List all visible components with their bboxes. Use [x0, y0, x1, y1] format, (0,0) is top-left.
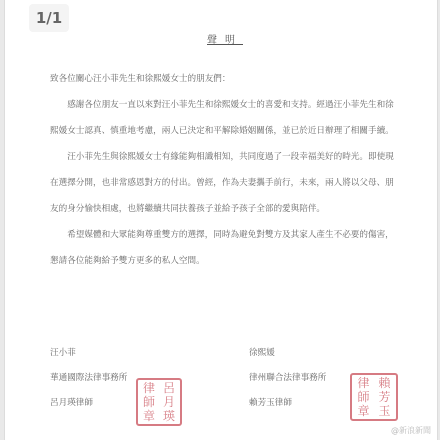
stamp-char: 師: [353, 390, 374, 404]
law-firm: 華通國際法律事務所: [50, 366, 127, 391]
signature-block-right: 徐熙媛 律州聯合法律事務所 賴芳玉律師: [249, 341, 326, 416]
title-text: 聲明: [199, 35, 243, 46]
document-body: 致各位關心汪小菲先生和徐熙媛女士的朋友們： 感謝各位朋友一直以來對汪小菲先生和徐…: [50, 66, 400, 274]
stamp-char: 章: [353, 404, 374, 418]
stamp-char: 律: [139, 381, 159, 395]
seal-stamp-left: 律 呂 師 月 章 瑛: [136, 378, 182, 426]
stamp-char: 章: [139, 409, 159, 423]
signature-block-left: 汪小菲 華通國際法律事務所 呂月瑛律師: [50, 341, 127, 416]
salutation: 致各位關心汪小菲先生和徐熙媛女士的朋友們：: [50, 66, 400, 92]
signatory-name: 徐熙媛: [249, 341, 326, 366]
watermark: @新浪新聞: [391, 425, 431, 436]
law-firm: 律州聯合法律事務所: [249, 366, 326, 391]
stamp-char: 月: [159, 395, 179, 409]
stamp-char: 瑛: [159, 409, 179, 423]
lawyer-name: 賴芳玉律師: [249, 391, 326, 416]
seal-stamp-right: 律 賴 師 芳 章 玉: [350, 373, 398, 421]
stamp-char: 芳: [374, 390, 395, 404]
stamp-char: 師: [139, 395, 159, 409]
paragraph-1: 感謝各位朋友一直以來對汪小菲先生和徐熙媛女士的喜愛和支持。經過汪小菲先生和徐熙媛…: [50, 92, 400, 144]
document-title: 聲明: [5, 31, 437, 46]
page-indicator[interactable]: 1/1: [29, 4, 69, 32]
stamp-char: 律: [353, 376, 374, 390]
stamp-char: 賴: [374, 376, 395, 390]
document-page: 1/1 聲明 致各位關心汪小菲先生和徐熙媛女士的朋友們： 感謝各位朋友一直以來對…: [4, 0, 438, 440]
paragraph-3: 希望媒體和大眾能夠尊重雙方的選擇，同時為避免對雙方及其家人產生不必要的傷害，懇請…: [50, 222, 400, 274]
stamp-char: 玉: [374, 404, 395, 418]
paragraph-2: 汪小菲先生與徐熙媛女士有緣能夠相識相知，共同度過了一段幸福美好的時光。即使現在選…: [50, 144, 400, 222]
stamp-char: 呂: [159, 381, 179, 395]
lawyer-name: 呂月瑛律師: [50, 391, 127, 416]
signatory-name: 汪小菲: [50, 341, 127, 366]
